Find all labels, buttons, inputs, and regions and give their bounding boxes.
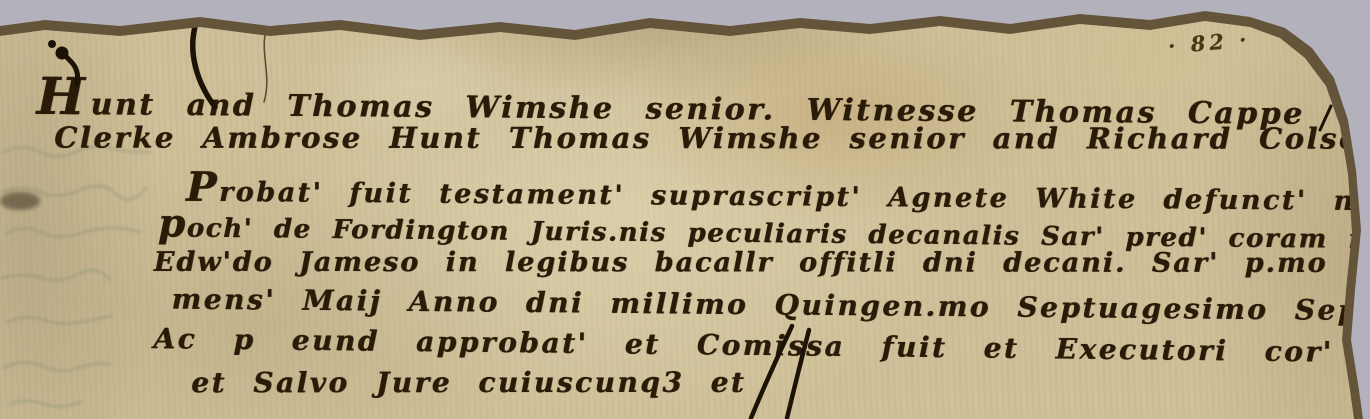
pen-stroke-right <box>1320 106 1331 130</box>
pen-flourish-bottom-2 <box>787 330 809 418</box>
ink-blot-tail <box>62 53 78 84</box>
manuscript-photo: · 82 · Hunt and Thomas Wimshe senior. Wi… <box>0 0 1370 419</box>
ink-speck <box>860 10 864 14</box>
pen-flourish-top <box>193 20 215 107</box>
paper-crack <box>264 30 267 102</box>
pen-flourishes <box>0 0 1370 419</box>
parchment-leaf: · 82 · Hunt and Thomas Wimshe senior. Wi… <box>0 0 1370 419</box>
ink-speck <box>901 14 905 18</box>
pen-flourish-bottom-1 <box>751 326 792 418</box>
ink-dot <box>48 40 56 48</box>
